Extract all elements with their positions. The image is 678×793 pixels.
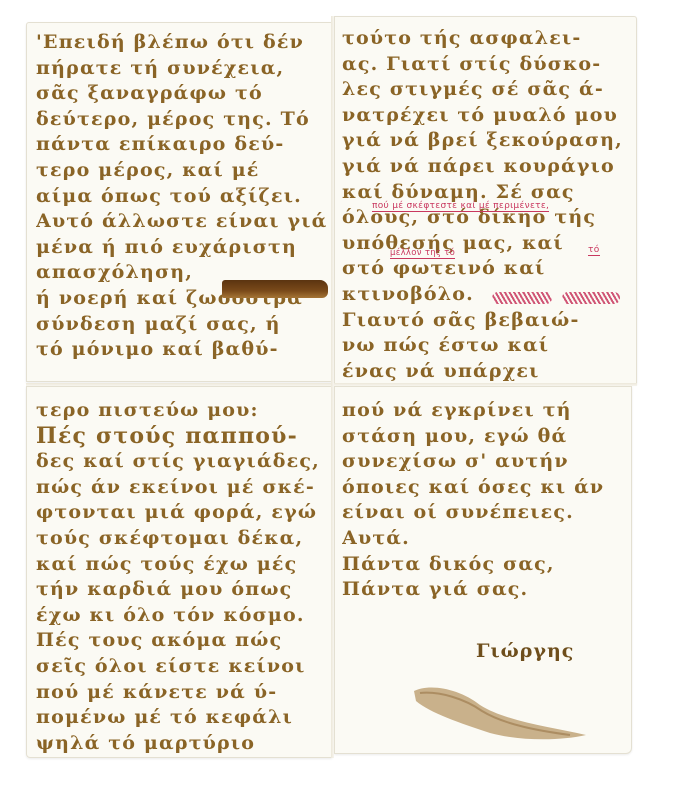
red-ink-annotation: πού μέ σκέφτεστε καί μέ περιμένετε, bbox=[372, 201, 549, 212]
text-line: Πάντα δικός σας, bbox=[342, 552, 634, 578]
text-line: καί πώς τούς έχω μές bbox=[36, 552, 328, 578]
text-line: Αυτά. bbox=[342, 526, 634, 552]
text-block-bottom-right: πού νά εγκρίνει τή στάση μου, εγώ θά συν… bbox=[342, 398, 634, 603]
text-line: φτονται μιά φορά, εγώ bbox=[36, 500, 328, 526]
vertical-fold-line bbox=[331, 16, 334, 758]
text-line: μένα ή πιό ευχάριστη bbox=[36, 235, 328, 261]
text-line: πάντα επίκαιρο δεύ- bbox=[36, 132, 328, 158]
text-line: ας. Γιατί στίς δύσκο- bbox=[342, 52, 634, 78]
text-line: νω πώς έστω καί bbox=[342, 333, 634, 359]
text-line: πώς άν εκείνοι μέ σκέ- bbox=[36, 475, 328, 501]
text-line: Αυτό άλλωστε είναι γιά bbox=[36, 209, 328, 235]
text-line: τούς σκέφτομαι δέκα, bbox=[36, 526, 328, 552]
text-line: 'Επειδή βλέπω ότι δέν bbox=[36, 30, 328, 56]
red-ink-annotation: μέλλον της τό bbox=[390, 248, 455, 259]
signature: Γιώργης bbox=[476, 640, 574, 662]
text-line: πού μέ κάνετε νά ύ- bbox=[36, 680, 328, 706]
text-line: όποιες καί όσες κι άν bbox=[342, 475, 634, 501]
text-line: στάση μου, εγώ θά bbox=[342, 424, 634, 450]
text-line: τήν καρδιά μου όπως bbox=[36, 577, 328, 603]
text-line: σᾶς ξαναγράφω τό bbox=[36, 81, 328, 107]
text-line: νατρέχει τό μυαλό μου bbox=[342, 103, 634, 129]
ink-blot-redaction bbox=[222, 280, 328, 298]
red-strikethrough-scribble bbox=[562, 292, 620, 304]
text-line: δες καί στίς γιαγιάδες, bbox=[36, 449, 328, 475]
text-line: Πές τους ακόμα πώς bbox=[36, 628, 328, 654]
text-line: σύνδεση μαζί σας, ή bbox=[36, 312, 328, 338]
text-line: έχω κι όλο τόν κόσμο. bbox=[36, 603, 328, 629]
text-line: δεύτερο, μέρος της. Τό bbox=[36, 107, 328, 133]
text-line: τό μόνιμο καί βαθύ- bbox=[36, 337, 328, 363]
text-line: συνεχίσω σ' αυτήν bbox=[342, 449, 634, 475]
text-line: Πάντα γιά σας. bbox=[342, 577, 634, 603]
text-block-bottom-left: τερο πιστεύω μου: Πές στούς παππού- δες … bbox=[36, 398, 328, 756]
text-line: ένας νά υπάρχει bbox=[342, 359, 634, 385]
text-line: γιά νά πάρει κουράγιο bbox=[342, 154, 634, 180]
text-line: πομένω μέ τό κεφάλι bbox=[36, 705, 328, 731]
text-line: τούτο τής ασφαλει- bbox=[342, 26, 634, 52]
text-line: πήρατε τή συνέχεια, bbox=[36, 56, 328, 82]
text-line: Πές στούς παππού- bbox=[36, 424, 328, 450]
text-line: στό φωτεινό καί bbox=[342, 256, 634, 282]
text-line: πού νά εγκρίνει τή bbox=[342, 398, 634, 424]
text-line: γιά νά βρεί ξεκούραση, bbox=[342, 128, 634, 154]
red-strikethrough-scribble bbox=[492, 292, 552, 304]
text-line: είναι οί συνέπειες. bbox=[342, 500, 634, 526]
red-ink-annotation: τό bbox=[588, 245, 600, 256]
text-line: αίμα όπως τού αξίζει. bbox=[36, 184, 328, 210]
text-block-top-left: 'Επειδή βλέπω ότι δέν πήρατε τή συνέχεια… bbox=[36, 30, 328, 363]
text-line: ψηλά τό μαρτύριο bbox=[36, 731, 328, 757]
text-line: Γιαυτό σᾶς βεβαιώ- bbox=[342, 308, 634, 334]
text-line: σεῖς όλοι είστε κείνοι bbox=[36, 654, 328, 680]
text-line: λες στιγμές σέ σᾶς ά- bbox=[342, 77, 634, 103]
stain-mark bbox=[410, 683, 590, 743]
text-line: τερο πιστεύω μου: bbox=[36, 398, 328, 424]
text-line: τερο μέρος, καί μέ bbox=[36, 158, 328, 184]
